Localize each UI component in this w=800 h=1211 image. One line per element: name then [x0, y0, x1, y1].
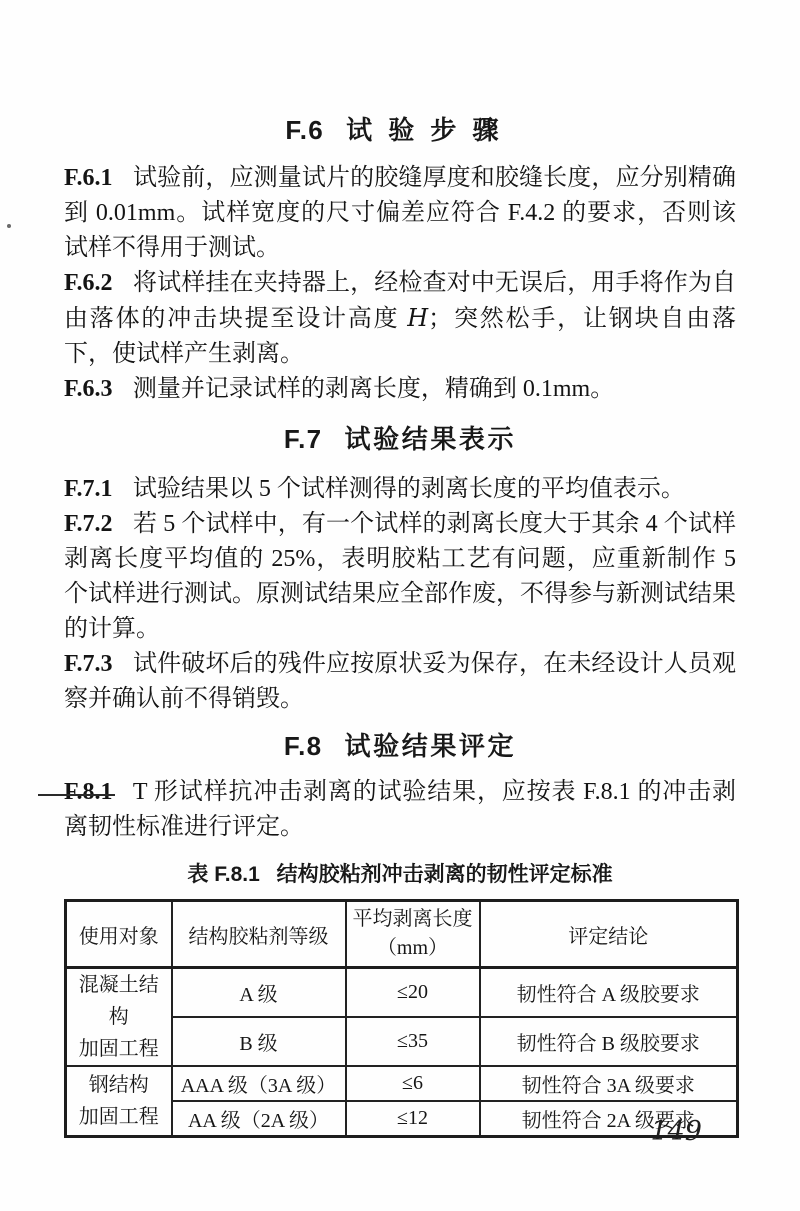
section-code: F.8	[284, 731, 323, 761]
clause-text: 测量并记录试样的剥离长度，精确到 0.1mm。	[133, 376, 614, 402]
section-title: 试验步骤	[346, 115, 514, 145]
object-line: 混凝土结构	[69, 969, 169, 1033]
cell-grade: AAA 级（3A 级）	[172, 1066, 346, 1101]
toughness-evaluation-table: 使用对象 结构胶粘剂等级 平均剥离长度 （mm） 评定结论 混凝土结构 加固工程…	[64, 899, 739, 1138]
clause-f7-3: F.7.3试件破坏后的残件应按原状妥为保存，在未经设计人员观察并确认前不得销毁。	[64, 647, 736, 717]
clause-text: 试验前，应测量试片的胶缝厚度和胶缝长度，应分别精确到 0.01mm。试样宽度的尺…	[64, 165, 736, 261]
cell-conclusion: 韧性符合 B 级胶要求	[480, 1017, 738, 1066]
table-caption: 表 F.8.1结构胶粘剂冲击剥离的韧性评定标准	[64, 860, 736, 890]
math-variable-H: H	[407, 304, 428, 332]
section-code: F.7	[284, 424, 323, 454]
cell-conclusion: 韧性符合 A 级胶要求	[480, 968, 738, 1018]
header-peel-length-unit: （mm）	[349, 934, 477, 963]
clause-f7-2: F.7.2若 5 个试样中，有一个试样的剥离长度大于其余 4 个试样剥离长度平均…	[64, 507, 736, 647]
cell-conclusion: 韧性符合 3A 级要求	[480, 1066, 738, 1101]
cell-grade: A 级	[172, 968, 346, 1018]
clause-f6-2: F.6.2将试样挂在夹持器上，经检查对中无误后，用手将作为自由落体的冲击块提至设…	[64, 266, 736, 372]
header-peel-length-label: 平均剥离长度	[349, 905, 477, 934]
header-adhesive-grade: 结构胶粘剂等级	[172, 901, 346, 968]
clause-text: 若 5 个试样中，有一个试样的剥离长度大于其余 4 个试样剥离长度平均值的 25…	[64, 511, 736, 642]
table-row-grade-a: 混凝土结构 加固工程 A 级 ≤20 韧性符合 A 级胶要求	[66, 968, 738, 1018]
table-caption-code: 表 F.8.1	[187, 863, 259, 886]
clause-text: 试验结果以 5 个试样测得的剥离长度的平均值表示。	[133, 476, 685, 502]
clause-label: F.6.3	[64, 376, 112, 402]
header-usage-object: 使用对象	[66, 901, 172, 968]
clause-label: F.7.2	[64, 511, 112, 537]
clause-label: F.7.3	[64, 651, 112, 677]
clause-text: T 形试样抗冲击剥离的试验结果，应按表 F.8.1 的冲击剥离韧性标准进行评定。	[64, 779, 736, 840]
page-number: 149	[650, 1116, 702, 1147]
section-heading-f6: F.6试验步骤	[64, 112, 736, 148]
cell-grade: AA 级（2A 级）	[172, 1101, 346, 1137]
document-page: F.6试验步骤 F.6.1试验前，应测量试片的胶缝厚度和胶缝长度，应分别精确到 …	[0, 0, 800, 1211]
cell-grade: B 级	[172, 1017, 346, 1066]
section-title: 试验结果表示	[345, 424, 517, 454]
clause-f7-1: F.7.1试验结果以 5 个试样测得的剥离长度的平均值表示。	[64, 472, 736, 507]
cell-object-steel: 钢结构 加固工程	[66, 1066, 172, 1137]
cell-limit: ≤35	[346, 1017, 480, 1066]
clause-label: F.6.1	[64, 165, 112, 191]
clause-label: F.7.1	[64, 476, 112, 502]
section-code: F.6	[285, 115, 324, 145]
cell-limit: ≤6	[346, 1066, 480, 1101]
object-line: 钢结构	[69, 1069, 169, 1101]
table-caption-title: 结构胶粘剂冲击剥离的韧性评定标准	[277, 863, 613, 886]
clause-label: F.6.2	[64, 270, 112, 296]
cell-object-concrete: 混凝土结构 加固工程	[66, 968, 172, 1067]
object-line: 加固工程	[69, 1101, 169, 1133]
scan-speck-artifact	[7, 224, 11, 228]
clause-f8-1: F.8.1T 形试样抗冲击剥离的试验结果，应按表 F.8.1 的冲击剥离韧性标准…	[64, 775, 736, 845]
cell-limit: ≤12	[346, 1101, 480, 1137]
clause-f6-1: F.6.1试验前，应测量试片的胶缝厚度和胶缝长度，应分别精确到 0.01mm。试…	[64, 161, 736, 266]
clause-text: 试件破坏后的残件应按原状妥为保存，在未经设计人员观察并确认前不得销毁。	[64, 651, 736, 712]
header-conclusion: 评定结论	[480, 901, 738, 968]
cell-limit: ≤20	[346, 968, 480, 1018]
clause-label-struck: F.8.1	[64, 779, 112, 805]
table-header-row: 使用对象 结构胶粘剂等级 平均剥离长度 （mm） 评定结论	[66, 901, 738, 968]
object-line: 加固工程	[69, 1033, 169, 1065]
section-heading-f7: F.7试验结果表示	[64, 421, 736, 457]
clause-f6-3: F.6.3测量并记录试样的剥离长度，精确到 0.1mm。	[64, 372, 736, 407]
section-title: 试验结果评定	[345, 731, 517, 761]
section-heading-f8: F.8试验结果评定	[64, 728, 736, 764]
header-average-peel-length: 平均剥离长度 （mm）	[346, 901, 480, 968]
table-row-grade-3a: 钢结构 加固工程 AAA 级（3A 级） ≤6 韧性符合 3A 级要求	[66, 1066, 738, 1101]
